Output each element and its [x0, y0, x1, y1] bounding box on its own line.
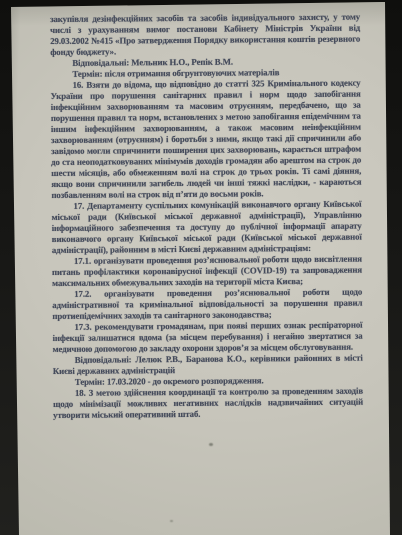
item-17: 17. Департаменту суспільних комунікацій …	[51, 199, 361, 256]
paragraph-procurement-continuation: закупівля дезінфекційних засобів та засо…	[50, 12, 360, 58]
responsible-line-2: Відповідальні: Лелюк Р.В., Баранова К.О.…	[53, 353, 363, 377]
document-text: закупівля дезінфекційних засобів та засо…	[50, 12, 363, 421]
item-17-3: 17.3. рекомендувати громадянам, при появ…	[52, 320, 362, 355]
item-17-1: 17.1. організувати проведення роз’яснюва…	[52, 254, 362, 289]
paper-speck	[170, 520, 173, 522]
item-16: 16. Взяти до відома, що відповідно до ст…	[51, 78, 362, 201]
paper-speck	[209, 443, 213, 446]
item-17-2: 17.2. організувати проведення роз’яснюва…	[52, 287, 362, 322]
item-18: 18. З метою здійснення координації та ко…	[53, 386, 363, 421]
document-photo: закупівля дезінфекційних засобів та засо…	[0, 0, 402, 535]
